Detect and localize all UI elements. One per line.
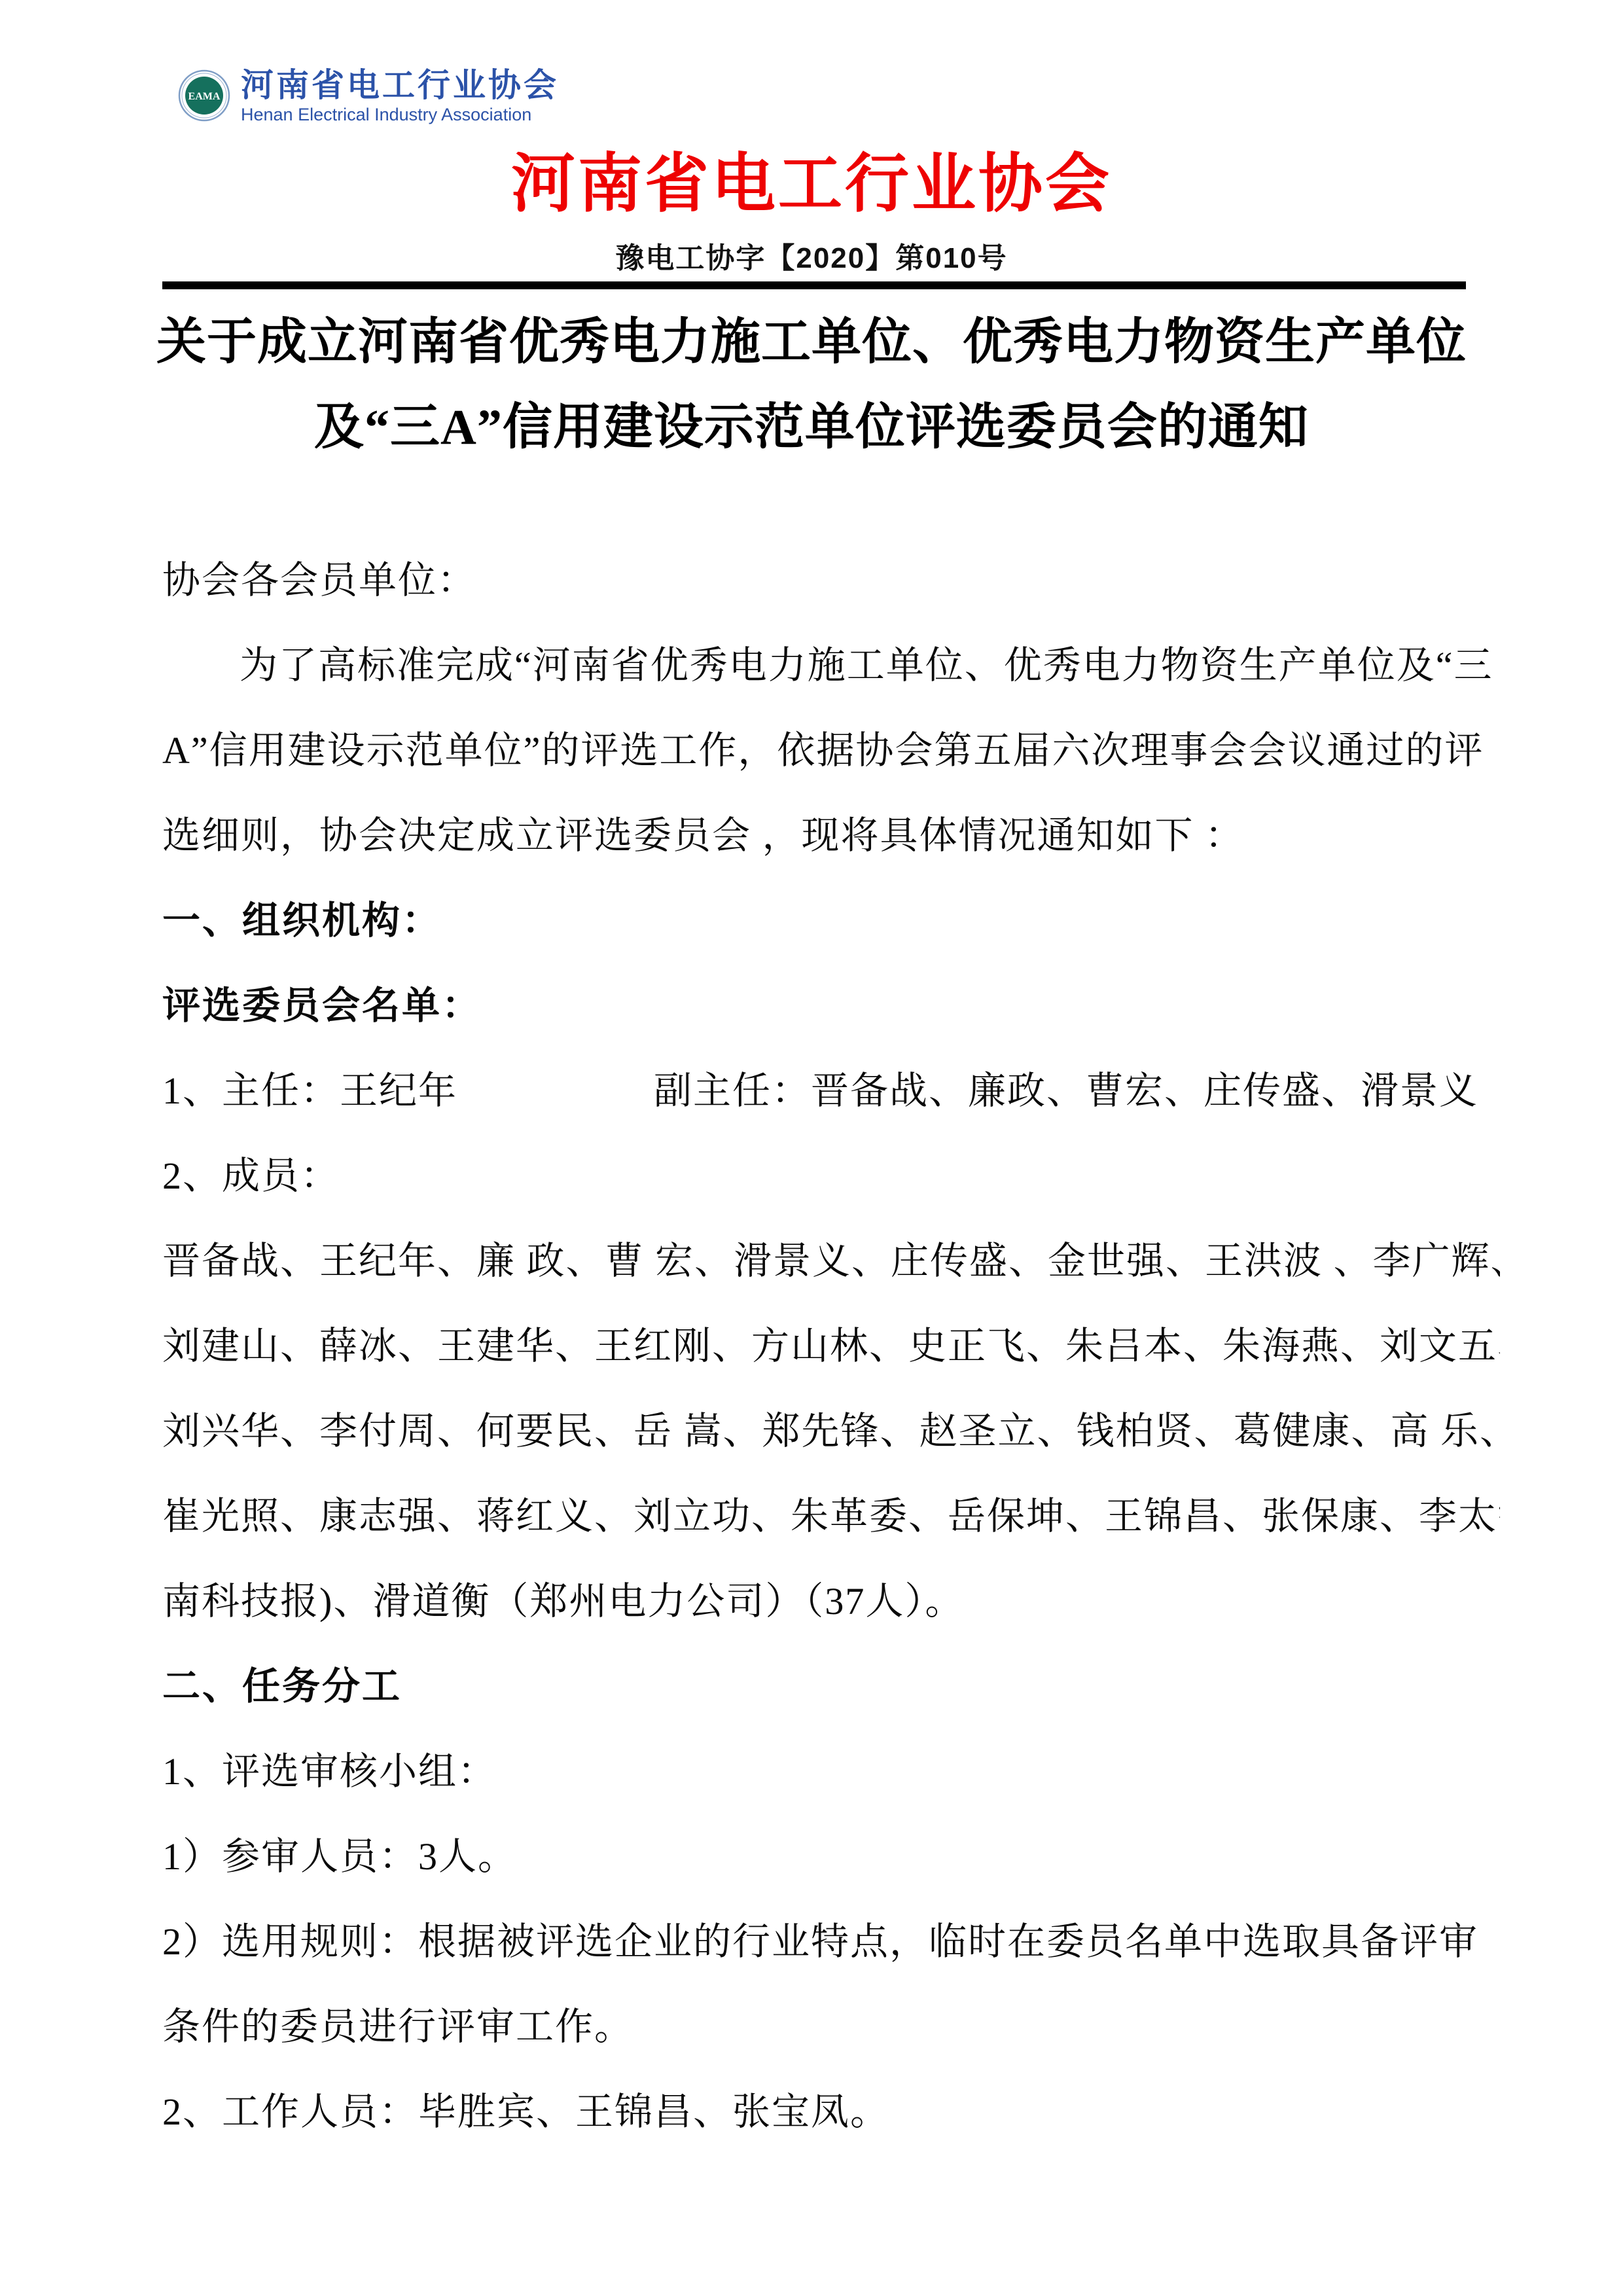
members-line-3: 刘兴华、李付周、何要民、岳 嵩、郑先锋、赵圣立、钱柏贤、葛健康、高 乐、 (162, 1389, 1500, 1474)
chair-and-vice-line: 1、主任：王纪年 副主任：晋备战、廉政、曹宏、庄传盛、滑景义 (162, 1049, 1500, 1134)
members-line-1: 晋备战、王纪年、廉 政、曹 宏、滑景义、庄传盛、金世强、王洪波 、李广辉、 (162, 1219, 1500, 1304)
logo-text-block: 河南省电工行业协会 Henan Electrical Industry Asso… (241, 68, 559, 124)
doc-number: 豫电工协字【2020】第010号 (0, 234, 1623, 276)
association-logo: EAMA 河南省电工行业协会 Henan Electrical Industry… (178, 68, 559, 124)
document-page: EAMA 河南省电工行业协会 Henan Electrical Industry… (0, 0, 1623, 2296)
doc-title-line1: 关于成立河南省优秀电力施工单位、优秀电力物资生产单位 (98, 300, 1525, 385)
task-item-2-line1: 2）选用规则：根据被评选企业的行业特点，临时在委员名单中选取具备评审 (162, 1899, 1500, 1984)
members-line-2: 刘建山、薛冰、王建华、王红刚、方山林、史正飞、朱吕本、朱海燕、刘文五、 (162, 1304, 1500, 1389)
red-org-title: 河南省电工行业协会 (0, 132, 1623, 224)
section-heading-2: 二、任务分工 (162, 1644, 1500, 1729)
section-heading-1: 一、组织机构： (162, 878, 1500, 963)
association-emblem-icon: EAMA (178, 69, 230, 122)
emblem-acronym: EAMA (188, 91, 221, 102)
task-item-2-line2: 条件的委员进行评审工作。 (162, 1984, 1500, 2070)
intro-paragraph-line2: A”信用建设示范单位”的评选工作，依据协会第五届六次理事会会议通过的评 (162, 708, 1500, 793)
doc-title: 关于成立河南省优秀电力施工单位、优秀电力物资生产单位 及“三A”信用建设示范单位… (98, 300, 1525, 470)
intro-paragraph-line3: 选细则，协会决定成立评选委员会 ，现将具体情况通知如下 ： (162, 793, 1500, 878)
logo-org-name-en: Henan Electrical Industry Association (241, 105, 559, 124)
members-line-5: 南科技报)、滑道衡（郑州电力公司）（37人）。 (162, 1559, 1500, 1644)
header-divider-rule (162, 281, 1466, 289)
notice-body: 协会各会员单位： 为了高标准完成“河南省优秀电力施工单位、优秀电力物资生产单位及… (162, 538, 1500, 2155)
staff-line: 2、工作人员：毕胜宾、王锦昌、张宝凤。 (162, 2070, 1500, 2155)
members-line-4: 崔光照、康志强、蒋红义、刘立功、朱革委、岳保坤、王锦昌、张保康、李太宇(河 (162, 1474, 1500, 1559)
logo-org-name-zh: 河南省电工行业协会 (241, 68, 559, 103)
members-label-line: 2、成员： (162, 1134, 1500, 1219)
roster-subheading: 评选委员会名单： (162, 963, 1500, 1049)
doc-title-line2: 及“三A”信用建设示范单位评选委员会的通知 (98, 385, 1525, 470)
task-item-1: 1）参审人员：3人。 (162, 1814, 1500, 1899)
task-group-line: 1、评选审核小组： (162, 1729, 1500, 1814)
intro-paragraph-line1: 为了高标准完成“河南省优秀电力施工单位、优秀电力物资生产单位及“三 (162, 623, 1500, 708)
salutation-line: 协会各会员单位： (162, 538, 1500, 623)
